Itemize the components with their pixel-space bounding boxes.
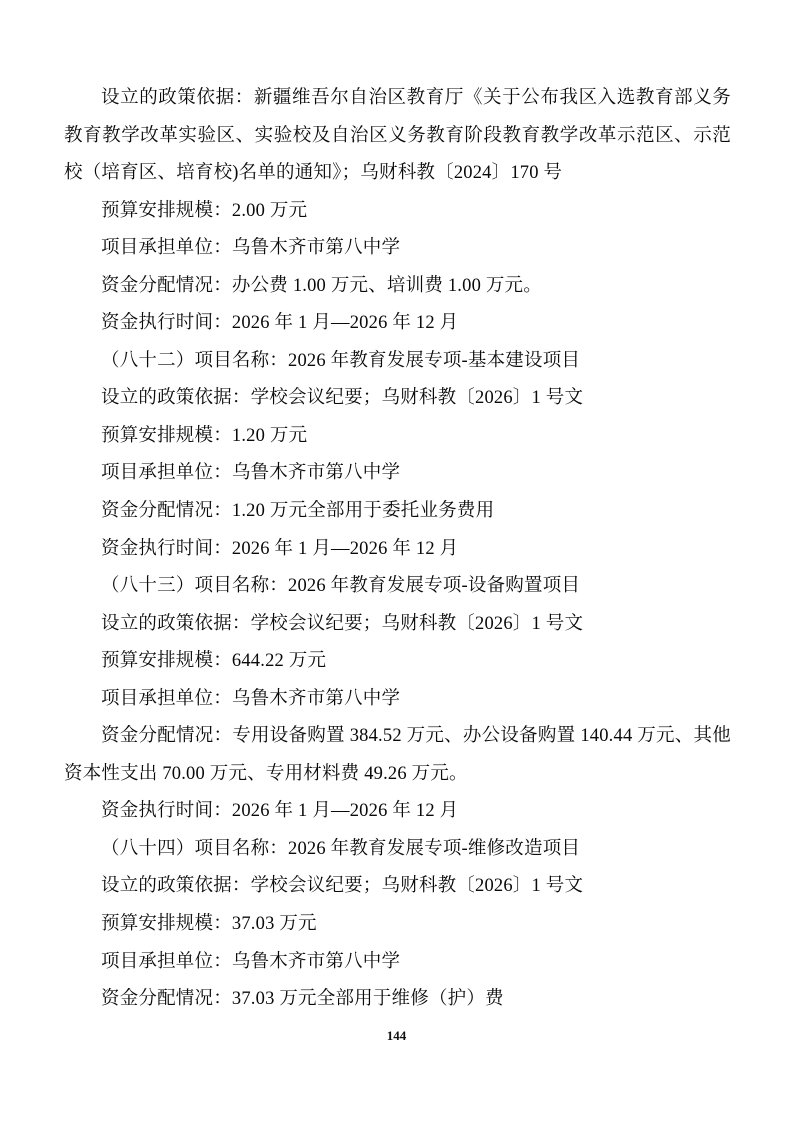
document-paragraph: 设立的政策依据：新疆维吾尔自治区教育厅《关于公布我区入选教育部义务教育教学改革实… xyxy=(64,80,731,193)
document-paragraph: （八十三）项目名称：2026 年教育发展专项-设备购置项目 xyxy=(64,568,731,606)
document-paragraph: 资金执行时间：2026 年 1 月—2026 年 12 月 xyxy=(64,793,731,831)
document-paragraph: 资金执行时间：2026 年 1 月—2026 年 12 月 xyxy=(64,531,731,569)
document-paragraph: 设立的政策依据：学校会议纪要；乌财科教〔2026〕1 号文 xyxy=(64,606,731,644)
document-paragraph: 预算安排规模：644.22 万元 xyxy=(64,643,731,681)
document-paragraph: 项目承担单位：乌鲁木齐市第八中学 xyxy=(64,455,731,493)
document-paragraph: 项目承担单位：乌鲁木齐市第八中学 xyxy=(64,944,731,982)
document-paragraph: 资金执行时间：2026 年 1 月—2026 年 12 月 xyxy=(64,305,731,343)
document-paragraph: 预算安排规模：1.20 万元 xyxy=(64,418,731,456)
document-paragraph: 资金分配情况：专用设备购置 384.52 万元、办公设备购置 140.44 万元… xyxy=(64,718,731,793)
document-paragraph: 资金分配情况：1.20 万元全部用于委托业务费用 xyxy=(64,493,731,531)
document-paragraph: 项目承担单位：乌鲁木齐市第八中学 xyxy=(64,681,731,719)
document-paragraph: 预算安排规模：2.00 万元 xyxy=(64,193,731,231)
document-paragraph: （八十二）项目名称：2026 年教育发展专项-基本建设项目 xyxy=(64,343,731,381)
document-paragraph: 项目承担单位：乌鲁木齐市第八中学 xyxy=(64,230,731,268)
document-paragraph: 设立的政策依据：学校会议纪要；乌财科教〔2026〕1 号文 xyxy=(64,380,731,418)
document-paragraph: 设立的政策依据：学校会议纪要；乌财科教〔2026〕1 号文 xyxy=(64,868,731,906)
document-page: 设立的政策依据：新疆维吾尔自治区教育厅《关于公布我区入选教育部义务教育教学改革实… xyxy=(0,0,793,1122)
document-paragraph: 资金分配情况：37.03 万元全部用于维修（护）费 xyxy=(64,981,731,1019)
document-paragraph: （八十四）项目名称：2026 年教育发展专项-维修改造项目 xyxy=(64,831,731,869)
document-paragraph: 资金分配情况：办公费 1.00 万元、培训费 1.00 万元。 xyxy=(64,268,731,306)
page-number: 144 xyxy=(0,1028,793,1044)
document-paragraph: 预算安排规模：37.03 万元 xyxy=(64,906,731,944)
document-body: 设立的政策依据：新疆维吾尔自治区教育厅《关于公布我区入选教育部义务教育教学改革实… xyxy=(64,80,731,1019)
